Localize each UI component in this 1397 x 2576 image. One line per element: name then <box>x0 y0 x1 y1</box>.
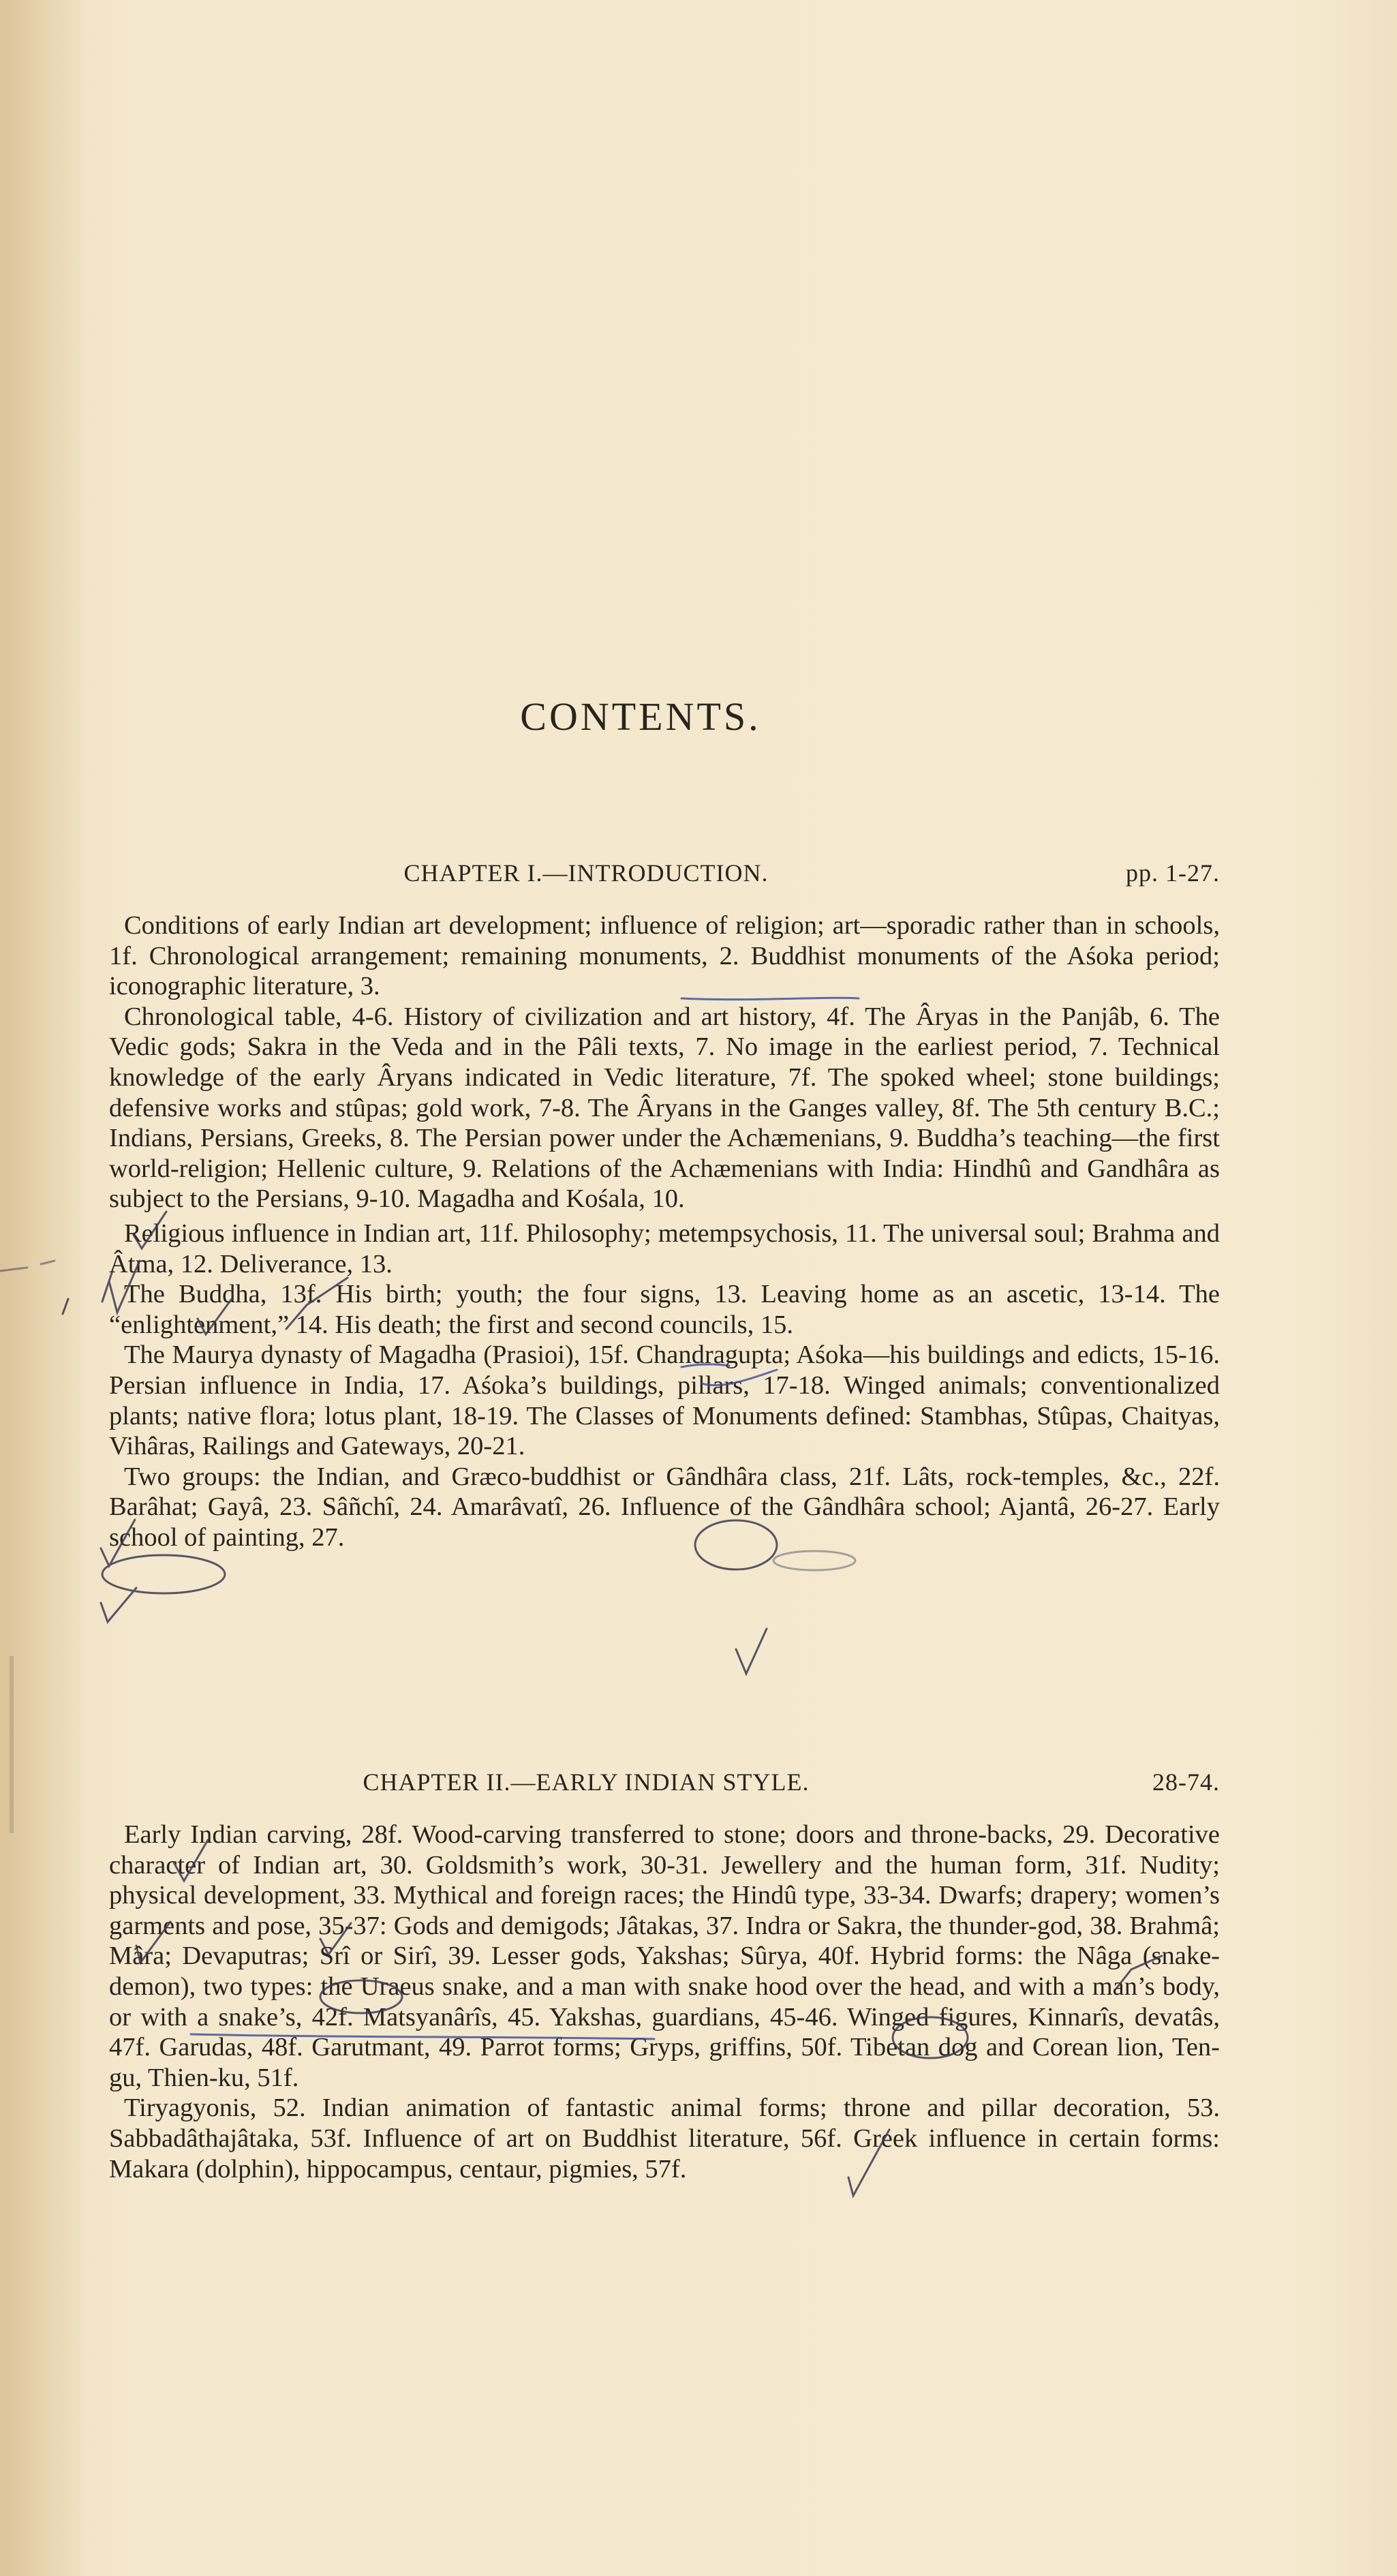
scanned-page: CONTENTS. CHAPTER I.—INTRODUCTION. pp. 1… <box>0 0 1397 2576</box>
page-edge-stain <box>0 0 82 2576</box>
chapter-2-title: CHAPTER II.—EARLY INDIAN STYLE. <box>109 1768 1063 1796</box>
chapter-1-paragraph: Religious influence in Indian art, 11f. … <box>109 1218 1220 1279</box>
chapter-1-paragraph: Two groups: the Indian, and Græco-buddhi… <box>109 1462 1220 1553</box>
chapter-2-heading: CHAPTER II.—EARLY INDIAN STYLE. 28-74. <box>109 1768 1220 1798</box>
chapter-1-title: CHAPTER I.—INTRODUCTION. <box>109 859 1063 887</box>
chapter-1-contents: Conditions of early Indian art developme… <box>109 910 1220 1552</box>
chapter-1-heading: CHAPTER I.—INTRODUCTION. pp. 1-27. <box>109 859 1220 889</box>
chapter-2-paragraph: Early Indian carving, 28f. Wood-carving … <box>109 1820 1220 2093</box>
checkmark-icon <box>736 1629 767 1674</box>
chapter-1-paragraph: The Buddha, 13f. His birth; youth; the f… <box>109 1279 1220 1340</box>
chapter-1-paragraph: Chronological table, 4-6. History of civ… <box>109 1002 1220 1214</box>
circle-mark-icon <box>773 1551 855 1570</box>
chapter-2-paragraph: Tiryagyonis, 52. Indian animation of fan… <box>109 2093 1220 2184</box>
binding-mark <box>10 1656 14 1833</box>
circle-mark-icon <box>102 1555 225 1593</box>
chapter-1-paragraph: The Maurya dynasty of Magadha (Prasioi),… <box>109 1340 1220 1461</box>
checkmark-icon <box>101 1588 136 1622</box>
chapter-1-paragraph: Conditions of early Indian art developme… <box>109 910 1220 1002</box>
chapter-1-pages: pp. 1-27. <box>1126 859 1220 887</box>
page-title: CONTENTS. <box>0 694 1281 739</box>
chapter-2-contents: Early Indian carving, 28f. Wood-carving … <box>109 1820 1220 2184</box>
chapter-2-pages: 28-74. <box>1152 1768 1220 1796</box>
